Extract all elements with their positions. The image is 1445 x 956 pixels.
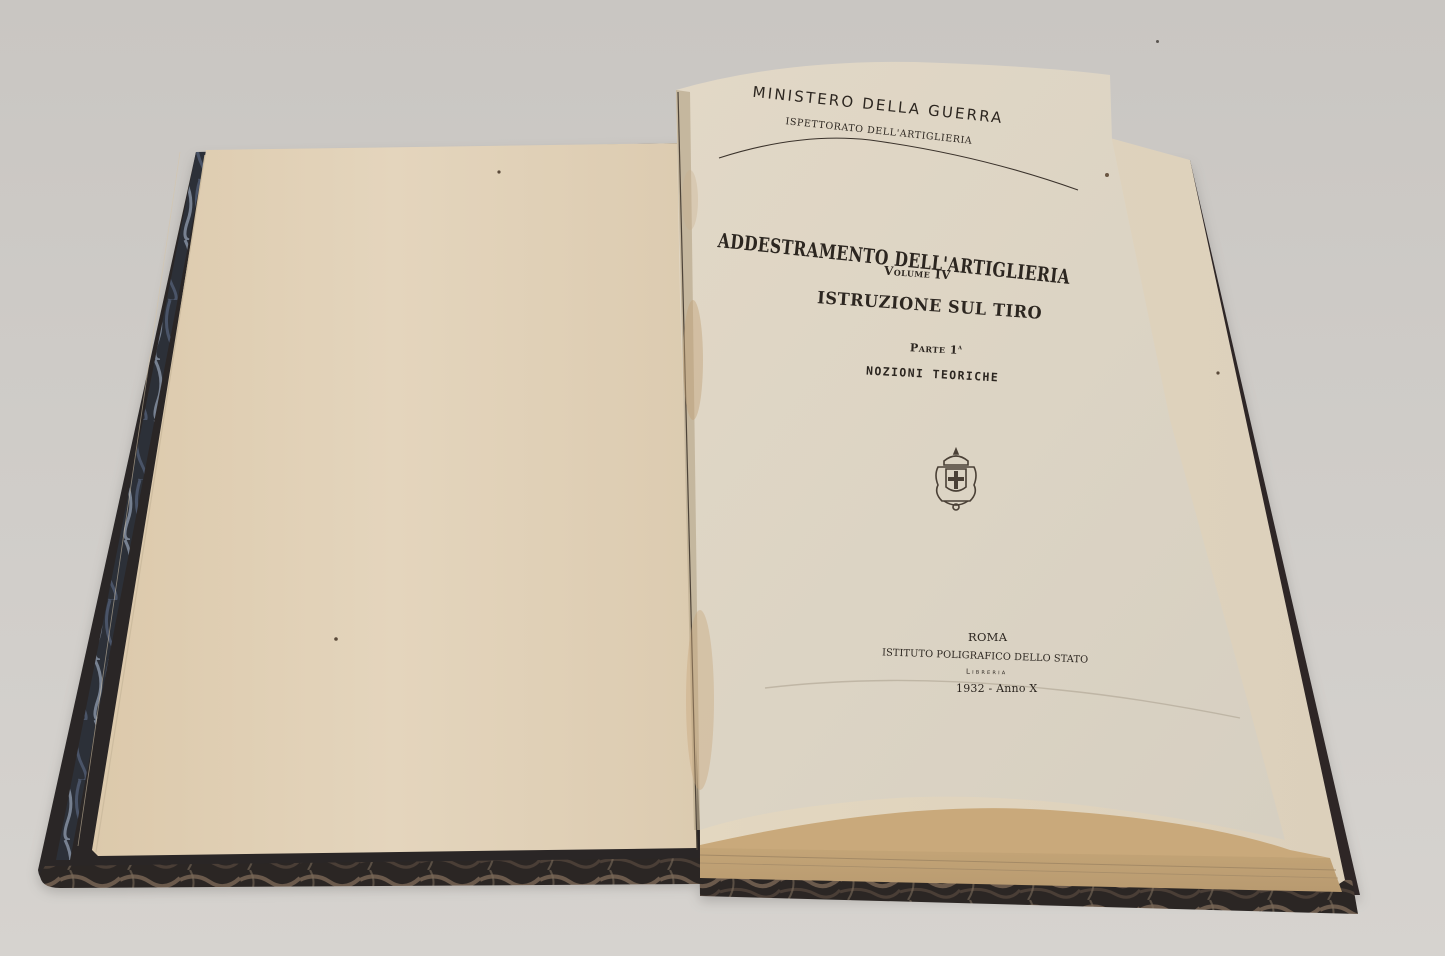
- imprint-city: ROMA: [968, 630, 1007, 644]
- part-ordinal: a: [958, 342, 963, 351]
- part-text: Parte 1: [910, 341, 959, 356]
- open-book: [0, 0, 1445, 956]
- photo-scene: MINISTERO DELLA GUERRA ISPETTORATO DELL'…: [0, 0, 1445, 956]
- imprint-library: Libreria: [966, 668, 1008, 677]
- part-label: Parte 1a: [910, 340, 963, 357]
- imprint-date: 1932 - Anno X: [956, 682, 1037, 695]
